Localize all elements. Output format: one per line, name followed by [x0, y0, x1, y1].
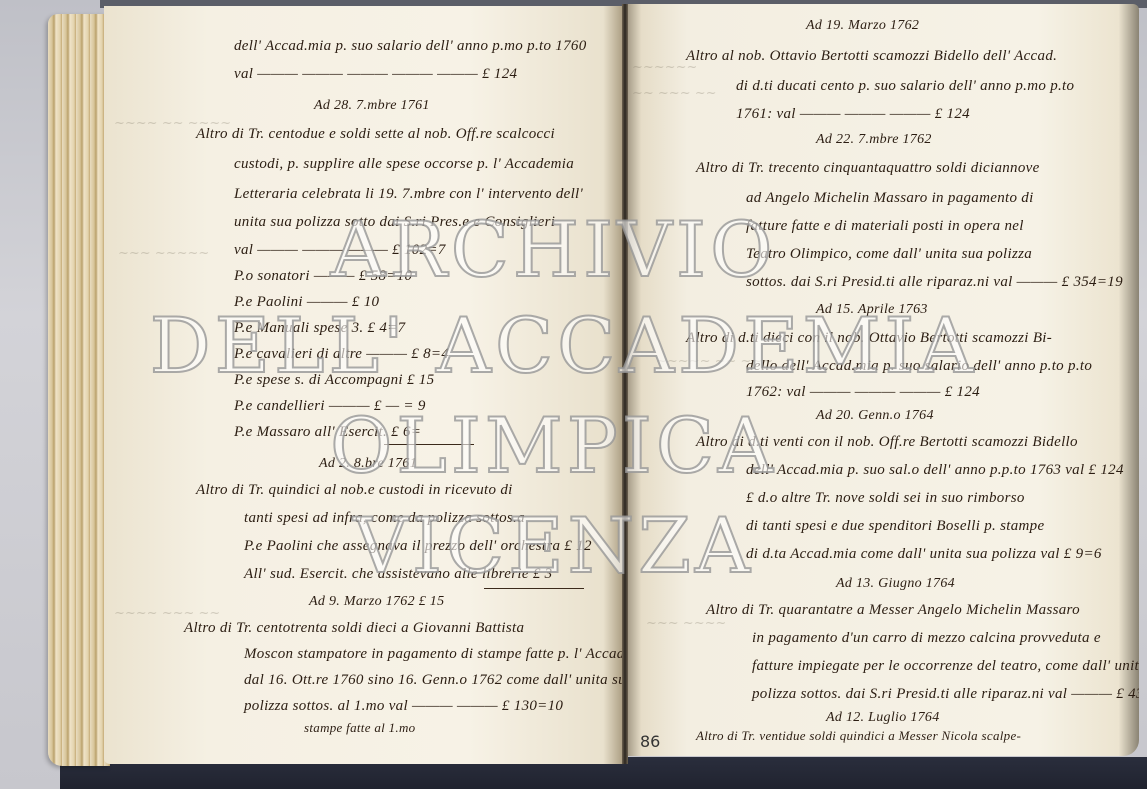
ledger-line: tanti spesi ad infra, come da polizza so… — [244, 510, 525, 527]
ledger-line: Teatro Olimpico, come dall' unita sua po… — [746, 246, 1032, 263]
ledger-line: di d.ta Accad.mia come dall' unita sua p… — [746, 546, 1102, 563]
ledger-line: fatture fatte e di materiali posti in op… — [746, 218, 1024, 235]
ledger-subheading: stampe fatte al 1.mo — [304, 720, 415, 736]
ledger-item: P.e Manuali spese 3. £ 4=7 — [234, 320, 405, 337]
entry-date: Ad 15. Aprile 1763 — [816, 302, 928, 318]
ledger-line: dal 16. Ott.re 1760 sino 16. Genn.o 1762… — [244, 672, 624, 689]
ledger-line: val ——— ——— ——— £ 102=7 — [234, 242, 446, 259]
ledger-line: 1762: val ——— ——— ——— £ 124 — [746, 384, 980, 401]
entry-date: Ad 13. Giugno 1764 — [836, 576, 955, 592]
ledger-item: P.o sonatori ——— £ 58=10 — [234, 268, 412, 285]
ledger-line: Altro di d.ti venti con il nob. Off.re B… — [696, 434, 1078, 451]
sum-rule — [384, 444, 474, 445]
entry-date: Ad 22. 7.mbre 1762 — [816, 132, 932, 148]
ledger-line: dello dell' Accad.mia p. suo salario del… — [746, 358, 1092, 375]
ledger-line: All' sud. Esercit. che assistevano alle … — [244, 566, 552, 583]
ledger-line: polizza sottos. al 1.mo val ——— ——— £ 13… — [244, 698, 563, 715]
ledger-line: val ——— ——— ——— ——— ——— £ 124 — [234, 66, 517, 83]
ledger-line: ad Angelo Michelin Massaro in pagamento … — [746, 190, 1034, 207]
entry-date: Ad 9. Marzo 1762 £ 15 — [309, 594, 444, 610]
ledger-line: Altro di Tr. trecento cinquantaquattro s… — [696, 160, 1040, 177]
right-page: ~~~~~~ ~~ ~~~ ~~ ~~~~~ ~~ ~~~ ~~~ ~~~~ A… — [626, 4, 1139, 756]
sum-rule — [484, 588, 584, 589]
ledger-line: in pagamento d'un carro di mezzo calcina… — [752, 630, 1101, 647]
entry-date: Ad 19. Marzo 1762 — [806, 18, 919, 34]
scanned-book-spread: ~~~~ ~~ ~~~~ ~~~ ~~~~~ ~~~~ ~~~ ~~ dell'… — [0, 0, 1147, 789]
ledger-line: sottos. dai S.ri Presid.ti alle riparaz.… — [746, 274, 1123, 291]
ledger-line: Altro al nob. Ottavio Bertotti scamozzi … — [686, 48, 1057, 65]
ledger-item: P.e cavalieri di altre ——— £ 8=4 — [234, 346, 449, 363]
ledger-item: P.e spese s. di Accompagni £ 15 — [234, 372, 434, 389]
book-gutter — [622, 4, 628, 764]
page-stack-edge — [48, 14, 110, 766]
entry-date: Ad 20. Genn.o 1764 — [816, 408, 934, 424]
ledger-line: 1761: val ——— ——— ——— £ 124 — [736, 106, 970, 123]
ledger-line: Altro di d.ti dieci con il nob. Ottavio … — [686, 330, 1052, 347]
left-page: ~~~~ ~~ ~~~~ ~~~ ~~~~~ ~~~~ ~~~ ~~ dell'… — [104, 6, 624, 764]
ledger-item: P.e candellieri ——— £ — = 9 — [234, 398, 426, 415]
ledger-item: P.e Massaro all' Esercit. £ 6= — [234, 424, 421, 441]
ledger-line: Altro di Tr. centodue e soldi sette al n… — [196, 126, 555, 143]
ledger-line: £ d.o altre Tr. nove soldi sei in suo ri… — [746, 490, 1025, 507]
ledger-line: Altro di Tr. quindici al nob.e custodi i… — [196, 482, 513, 499]
ledger-line: Letteraria celebrata li 19. 7.mbre con l… — [234, 186, 583, 203]
ledger-line: Moscon stampatore in pagamento di stampe… — [244, 646, 624, 663]
ledger-line: Altro di Tr. ventidue soldi quindici a M… — [696, 728, 1021, 744]
ledger-line: dell' Accad.mia p. suo sal.o dell' anno … — [746, 462, 1124, 479]
entry-date: Ad 28. 7.mbre 1761 — [314, 98, 430, 114]
ledger-line: di tanti spesi e due spenditori Boselli … — [746, 518, 1044, 535]
ledger-line: polizza sottos. dai S.ri Presid.ti alle … — [752, 686, 1139, 703]
entry-date: Ad 2. 8.bre 1761 — [319, 456, 417, 472]
ledger-line: unita sua polizza sotto dai S.ri Pres.e … — [234, 214, 555, 231]
ink-bleed-through: ~~~ ~~~~~ — [118, 246, 209, 261]
ledger-line: P.e Paolini che assegnava il prezzo dell… — [244, 538, 592, 555]
entry-date: Ad 12. Luglio 1764 — [826, 710, 940, 726]
ledger-line: fatture impiegate per le occorrenze del … — [752, 658, 1139, 675]
ledger-line: Altro di Tr. centotrenta soldi dieci a G… — [184, 620, 524, 637]
ink-bleed-through: ~~ ~~~ ~~ — [632, 86, 717, 101]
ledger-line: dell' Accad.mia p. suo salario dell' ann… — [234, 38, 587, 55]
ledger-item: P.e Paolini ——— £ 10 — [234, 294, 379, 311]
ledger-line: custodi, p. supplire alle spese occorse … — [234, 156, 574, 173]
ledger-line: di d.ti ducati cento p. suo salario dell… — [736, 78, 1074, 95]
page-number: 86 — [640, 732, 660, 751]
ink-bleed-through: ~~~~ ~~~ ~~ — [114, 606, 220, 621]
ledger-line: Altro di Tr. quarantatre a Messer Angelo… — [706, 602, 1080, 619]
